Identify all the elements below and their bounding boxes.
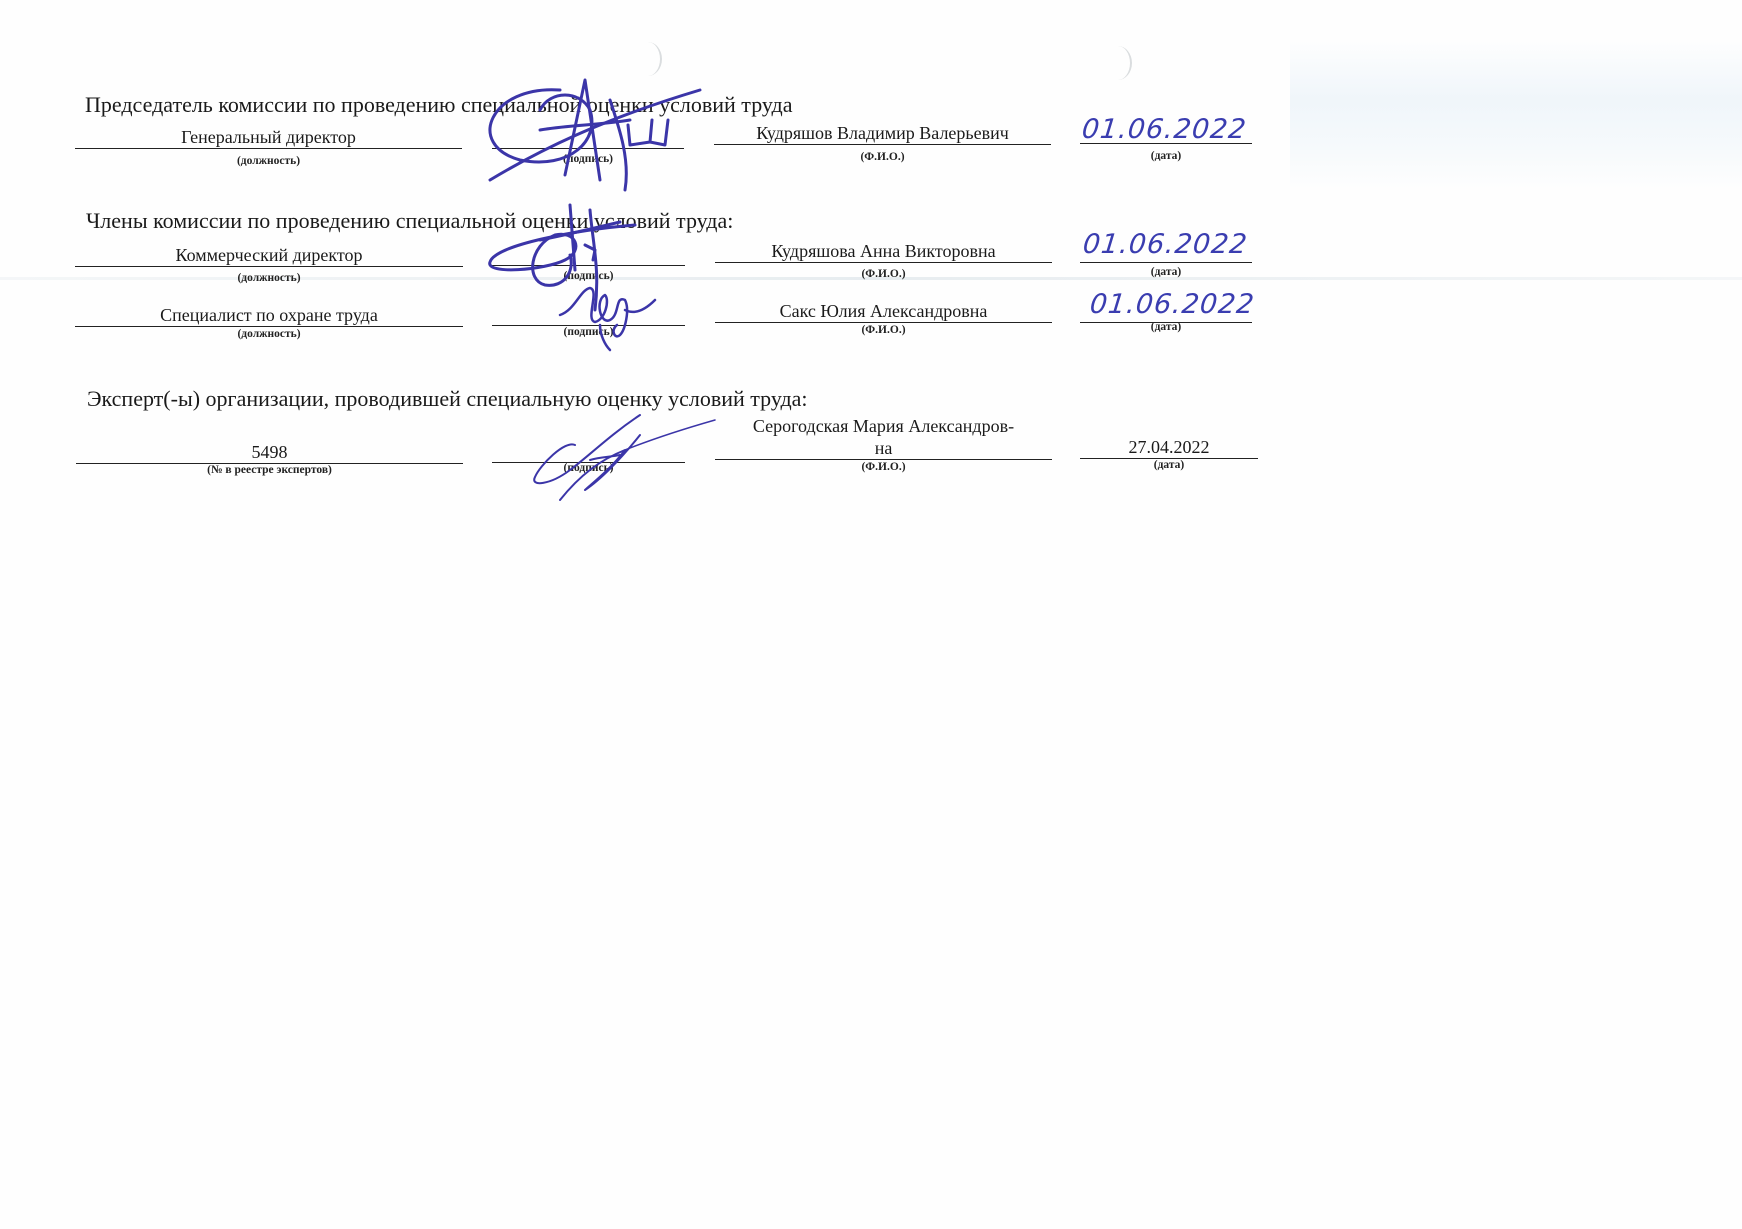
chairman-heading: Председатель комиссии по проведению спец… — [85, 92, 792, 118]
position-caption: (должность) — [75, 328, 463, 340]
position-caption: (должность) — [75, 272, 463, 284]
scan-artifact-band — [1290, 40, 1742, 190]
chairman-name-field: Кудряшов Владимир Валерьевич — [714, 122, 1051, 145]
member-date-handwritten: 01.06.2022 — [1088, 289, 1256, 320]
chairman-name: Кудряшов Владимир Валерьевич — [714, 122, 1051, 144]
expert-name-field: Серогодская Мария Александров- на — [715, 415, 1052, 460]
expert-registry-number: 5498 — [76, 441, 463, 463]
expert-name-line1: Серогодская Мария Александров- — [715, 415, 1052, 437]
signature-caption: (подпись) — [492, 153, 684, 165]
member-name: Кудряшова Анна Викторовна — [715, 240, 1052, 262]
expert-name-line2: на — [715, 437, 1052, 459]
hole-punch-mark — [1104, 46, 1132, 80]
fio-caption: (Ф.И.О.) — [714, 151, 1051, 163]
member-date-handwritten: 01.06.2022 — [1081, 229, 1249, 260]
member-position-field: Специалист по охране труда — [75, 304, 463, 327]
signature-caption: (подпись) — [492, 270, 685, 282]
fio-caption: (Ф.И.О.) — [715, 268, 1052, 280]
member-signature-field — [492, 303, 685, 326]
date-caption: (дата) — [1080, 266, 1252, 278]
chairman-position: Генеральный директор — [75, 126, 462, 148]
member-position: Коммерческий директор — [75, 244, 463, 266]
signature-caption: (подпись) — [492, 326, 685, 338]
hole-punch-mark — [634, 42, 662, 76]
chairman-date-handwritten: 01.06.2022 — [1080, 114, 1248, 145]
chairman-signature-field — [492, 126, 684, 149]
date-caption: (дата) — [1080, 150, 1252, 162]
expert-registry-field: 5498 — [76, 441, 463, 464]
member-name: Сакс Юлия Александровна — [715, 300, 1052, 322]
member-name-field: Сакс Юлия Александровна — [715, 300, 1052, 323]
expert-date-field: 27.04.2022 — [1080, 436, 1258, 459]
chairman-position-field: Генеральный директор — [75, 126, 462, 149]
fio-caption: (Ф.И.О.) — [715, 461, 1052, 473]
members-heading: Члены комиссии по проведению специальной… — [86, 208, 733, 234]
signature-caption: (подпись) — [492, 462, 685, 474]
fio-caption: (Ф.И.О.) — [715, 324, 1052, 336]
date-caption: (дата) — [1080, 459, 1258, 471]
registry-caption: (№ в реестре экспертов) — [76, 464, 463, 476]
member-signature-field — [492, 243, 685, 266]
expert-signature-field — [492, 440, 685, 463]
member-position: Специалист по охране труда — [75, 304, 463, 326]
date-caption: (дата) — [1080, 321, 1252, 333]
member-name-field: Кудряшова Анна Викторовна — [715, 240, 1052, 263]
member-position-field: Коммерческий директор — [75, 244, 463, 267]
expert-heading: Эксперт(-ы) организации, проводившей спе… — [87, 386, 808, 412]
expert-date: 27.04.2022 — [1080, 436, 1258, 458]
position-caption: (должность) — [75, 155, 462, 167]
